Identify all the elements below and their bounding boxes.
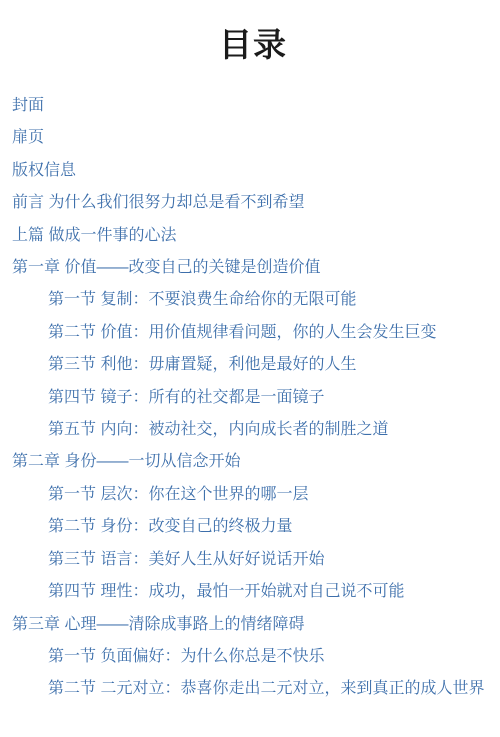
toc-item[interactable]: 第三节 语言：美好人生从好好说话开始 (12, 544, 494, 576)
toc-item[interactable]: 第二节 身份：改变自己的终极力量 (12, 511, 494, 543)
toc-page: 目录 封面扉页版权信息前言 为什么我们很努力却总是看不到希望上篇 做成一件事的心… (0, 0, 500, 737)
toc-item[interactable]: 第三章 心理——清除成事路上的情绪障碍 (12, 609, 494, 641)
toc-item[interactable]: 封面 (12, 90, 494, 122)
toc-item[interactable]: 第一节 层次：你在这个世界的哪一层 (12, 479, 494, 511)
toc-item[interactable]: 第五节 内向：被动社交，内向成长者的制胜之道 (12, 414, 494, 446)
page-title: 目录 (12, 26, 494, 64)
toc-item[interactable]: 扉页 (12, 122, 494, 154)
toc-item[interactable]: 第二节 二元对立：恭喜你走出二元对立，来到真正的成人世界 (12, 673, 494, 705)
toc-item[interactable]: 第一节 复制：不要浪费生命给你的无限可能 (12, 284, 494, 316)
toc-item[interactable]: 版权信息 (12, 155, 494, 187)
toc-item[interactable]: 第四节 理性：成功，最怕一开始就对自己说不可能 (12, 576, 494, 608)
toc-item[interactable]: 第三节 利他：毋庸置疑，利他是最好的人生 (12, 349, 494, 381)
toc-item[interactable]: 第二章 身份——一切从信念开始 (12, 446, 494, 478)
toc-item[interactable]: 第二节 价值：用价值规律看问题，你的人生会发生巨变 (12, 317, 494, 349)
toc-item[interactable]: 第一章 价值——改变自己的关键是创造价值 (12, 252, 494, 284)
toc-item[interactable]: 第一节 负面偏好：为什么你总是不快乐 (12, 641, 494, 673)
toc-item[interactable]: 上篇 做成一件事的心法 (12, 220, 494, 252)
toc-list: 封面扉页版权信息前言 为什么我们很努力却总是看不到希望上篇 做成一件事的心法第一… (12, 90, 494, 706)
toc-item[interactable]: 第四节 镜子：所有的社交都是一面镜子 (12, 382, 494, 414)
toc-item[interactable]: 前言 为什么我们很努力却总是看不到希望 (12, 187, 494, 219)
